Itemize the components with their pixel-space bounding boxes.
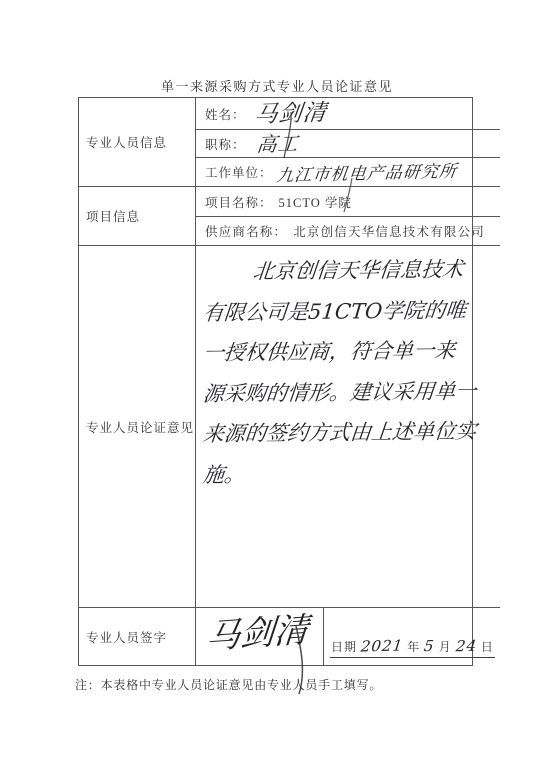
section-label-opinion: 专业人员论证意见 (79, 246, 196, 608)
date-year-handwritten: 2021 (360, 636, 404, 655)
work-unit-value-handwritten: 九江市机电产品研究所 (275, 156, 458, 186)
supplier-name-label: 供应商名称： (205, 222, 287, 240)
signature-cell: 马剑清 (196, 608, 324, 665)
field-row-job-title: 职称： 高工 (196, 130, 500, 158)
opinion-line: 一授权供应商，符合单一来 (201, 330, 500, 374)
date-month-handwritten: 5 (423, 637, 436, 655)
name-value-handwritten: 马剑清 (253, 94, 329, 129)
work-unit-label: 工作单位： (205, 163, 273, 181)
section-label-personnel: 专业人员信息 (79, 98, 196, 187)
opinion-line: 北京创信天华信息技术 (201, 249, 500, 293)
opinion-text-handwritten: 北京创信天华信息技术 有限公司是51CTO学院的唯 一授权供应商，符合单一来 源… (196, 246, 500, 608)
signature-row: 马剑清 日期 2021 年 5 月 24 日 (196, 608, 500, 665)
document-page: 单一来源采购方式专业人员论证意见 专业人员信息 姓名： 马剑清 职称： 高工 工… (0, 0, 554, 783)
field-row-name: 姓名： 马剑清 (196, 98, 500, 130)
date-line: 日期 2021 年 5 月 24 日 (330, 637, 495, 658)
form-title: 单一来源采购方式专业人员论证意见 (0, 76, 554, 95)
section-label-project: 项目信息 (79, 187, 196, 246)
supplier-name-value: 北京创信天华信息技术有限公司 (293, 222, 485, 240)
project-name-label: 项目名称： (205, 193, 273, 211)
job-title-label: 职称： (205, 135, 246, 153)
opinion-line: 源采购的情形。建议采用单一 (201, 370, 500, 414)
opinion-line: 施。 (201, 451, 500, 495)
name-label: 姓名： (205, 105, 246, 123)
date-prefix-label: 日期 (331, 638, 357, 655)
date-day-label: 日 (481, 638, 494, 655)
opinion-line: 来源的签约方式由上述单位实 (201, 411, 500, 455)
field-row-project-name: 项目名称： 51CTO 学院 (196, 187, 500, 217)
project-name-value: 51CTO 学院 (279, 193, 352, 211)
date-year-label: 年 (407, 638, 420, 655)
job-title-value-handwritten: 高工 (255, 127, 300, 157)
field-row-supplier-name: 供应商名称： 北京创信天华信息技术有限公司 (196, 217, 500, 246)
field-row-work-unit: 工作单位： 九江市机电产品研究所 (196, 158, 500, 187)
date-month-label: 月 (439, 638, 452, 655)
opinion-line: 有限公司是51CTO学院的唯 (201, 289, 500, 333)
signature-handwritten: 马剑清 (205, 602, 311, 659)
section-label-signature: 专业人员签字 (79, 608, 196, 665)
form-table: 专业人员信息 姓名： 马剑清 职称： 高工 工作单位： 九江市机电产品研究所 项… (78, 97, 473, 666)
footnote: 注：本表格中专业人员论证意见由专业人员手工填写。 (75, 676, 382, 693)
date-day-handwritten: 24 (455, 637, 478, 656)
date-cell: 日期 2021 年 5 月 24 日 (324, 608, 500, 665)
